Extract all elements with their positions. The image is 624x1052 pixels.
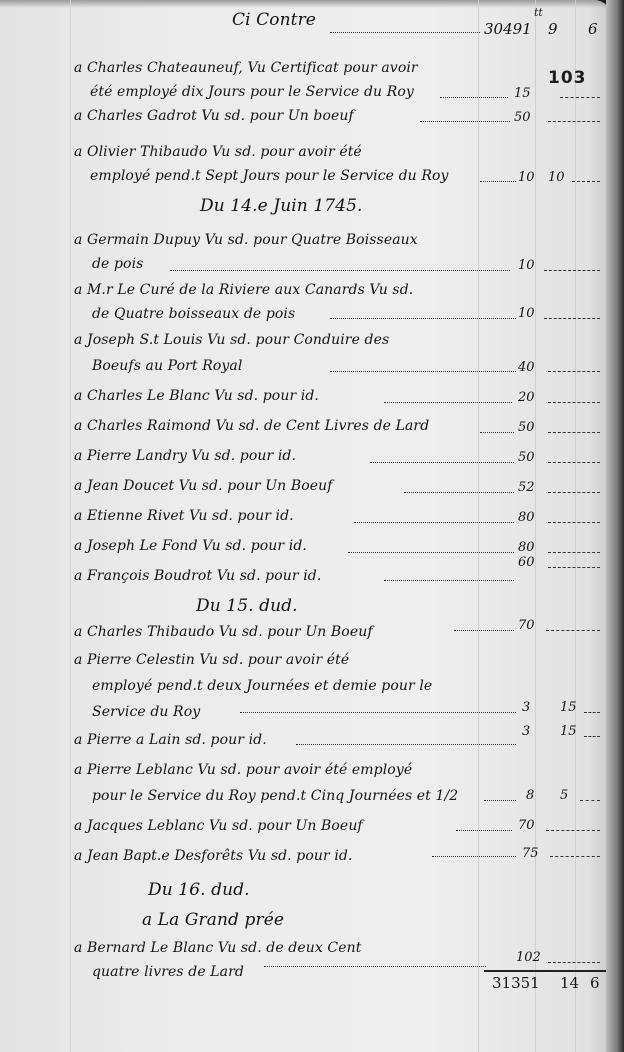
amount-dash <box>560 97 600 98</box>
sols-column-rule <box>535 0 536 1052</box>
dotted-leader <box>354 522 514 523</box>
amount-dash <box>544 270 600 271</box>
amount-livres: 80 <box>518 540 535 555</box>
entry-line: employé pend.t Sept Jours pour le Servic… <box>90 168 449 184</box>
amount-dash <box>548 522 600 523</box>
amount-dash <box>546 830 600 831</box>
dotted-leader <box>170 270 510 271</box>
dotted-leader <box>264 966 486 967</box>
amount-livres: 70 <box>518 818 535 833</box>
folio-stamp: 103 <box>548 68 587 88</box>
amount-livres: 60 <box>518 555 535 570</box>
dotted-leader <box>348 552 514 553</box>
entry-line: a Jean Bapt.e Desforêts Vu sd. pour id. <box>74 848 353 864</box>
amount-dash <box>548 567 600 568</box>
amount-dash <box>580 800 600 801</box>
dotted-leader <box>330 32 480 33</box>
amount-sols: 15 <box>560 700 577 715</box>
amount-sols: 5 <box>560 788 568 803</box>
date-heading: Du 15. dud. <box>196 596 298 616</box>
total-rule <box>484 970 606 972</box>
amount-dash <box>548 371 600 372</box>
dotted-leader <box>440 97 508 98</box>
location-heading: a La Grand prée <box>142 910 284 930</box>
amount-livres: 70 <box>518 618 535 633</box>
dotted-leader <box>432 856 516 857</box>
total-livres: 31351 <box>492 974 540 992</box>
entry-line: a Charles Raimond Vu sd. de Cent Livres … <box>74 418 429 434</box>
page-top-shadow <box>0 0 612 8</box>
amount-dash <box>550 856 600 857</box>
entry-line: a Olivier Thibaudo Vu sd. pour avoir été <box>74 144 362 160</box>
amount-dash <box>584 712 600 713</box>
amount-livres: 10 <box>518 170 535 185</box>
entry-line: a Pierre Leblanc Vu sd. pour avoir été e… <box>74 762 412 778</box>
entry-line: de pois <box>92 256 143 272</box>
date-heading: Du 16. dud. <box>148 880 250 900</box>
dotted-leader <box>404 492 514 493</box>
amount-livres: 3 <box>522 724 530 739</box>
total-sols: 14 <box>560 974 579 992</box>
amount-dash <box>548 552 600 553</box>
amount-livres: 80 <box>518 510 535 525</box>
amount-livres: 50 <box>518 420 535 435</box>
entry-line: a Germain Dupuy Vu sd. pour Quatre Boiss… <box>74 232 418 248</box>
livres-mark: tt <box>534 6 543 19</box>
amount-dash <box>548 432 600 433</box>
amount-dash <box>572 181 600 182</box>
amount-livres: 15 <box>514 86 531 101</box>
carried-forward-deniers: 6 <box>588 20 598 38</box>
amount-dash <box>584 736 600 737</box>
amount-livres: 75 <box>522 846 539 861</box>
dotted-leader <box>330 371 516 372</box>
entry-line: a François Boudrot Vu sd. pour id. <box>74 568 321 584</box>
entry-line: a M.r Le Curé de la Riviere aux Canards … <box>74 282 413 298</box>
entry-line: été employé dix Jours pour le Service du… <box>90 84 414 100</box>
dotted-leader <box>296 744 516 745</box>
entry-line: employé pend.t deux Journées et demie po… <box>92 678 432 694</box>
amount-sols: 15 <box>560 724 577 739</box>
amount-livres: 10 <box>518 306 535 321</box>
amount-sols: 10 <box>548 170 565 185</box>
entry-line: a Charles Thibaudo Vu sd. pour Un Boeuf <box>74 624 373 640</box>
amount-dash <box>548 462 600 463</box>
dotted-leader <box>480 181 516 182</box>
carried-forward-sols: 9 <box>548 20 558 38</box>
amount-livres: 3 <box>522 700 530 715</box>
entry-line: a Joseph S.t Louis Vu sd. pour Conduire … <box>74 332 389 348</box>
dotted-leader <box>384 580 514 581</box>
dotted-leader <box>456 830 512 831</box>
dotted-leader <box>330 318 516 319</box>
amount-livres: 8 <box>526 788 534 803</box>
entry-line: Service du Roy <box>92 704 200 720</box>
total-deniers: 6 <box>590 974 600 992</box>
amount-livres: 20 <box>518 390 535 405</box>
margin-rule <box>70 0 71 1052</box>
entry-line: a Charles Le Blanc Vu sd. pour id. <box>74 388 319 404</box>
amount-livres: 40 <box>518 360 535 375</box>
amount-dash <box>548 492 600 493</box>
entry-line: a Etienne Rivet Vu sd. pour id. <box>74 508 294 524</box>
dotted-leader <box>240 712 516 713</box>
page-title: Ci Contre <box>232 10 316 30</box>
entry-line: a Pierre Celestin Vu sd. pour avoir été <box>74 652 349 668</box>
carried-forward-livres: 30491 <box>484 20 532 38</box>
entry-line: de Quatre boisseaux de pois <box>92 306 295 322</box>
entry-line: a Charles Gadrot Vu sd. pour Un boeuf <box>74 108 354 124</box>
dotted-leader <box>484 800 516 801</box>
entry-line: a Joseph Le Fond Vu sd. pour id. <box>74 538 307 554</box>
amount-livres: 52 <box>518 480 535 495</box>
amount-dash <box>544 318 600 319</box>
dotted-leader <box>384 402 512 403</box>
date-heading: Du 14.e Juin 1745. <box>200 196 363 216</box>
entry-line: a Pierre Landry Vu sd. pour id. <box>74 448 296 464</box>
entry-line: a Bernard Le Blanc Vu sd. de deux Cent <box>74 940 361 956</box>
entry-line: quatre livres de Lard <box>92 964 244 980</box>
amount-dash <box>546 630 600 631</box>
dotted-leader <box>420 121 510 122</box>
entry-line: a Charles Chateauneuf, Vu Certificat pou… <box>74 60 418 76</box>
amount-dash <box>548 121 600 122</box>
entry-line: a Jean Doucet Vu sd. pour Un Boeuf <box>74 478 333 494</box>
page-binding-edge <box>606 0 624 1052</box>
entry-line: a Pierre a Lain sd. pour id. <box>74 732 267 748</box>
entry-line: a Jacques Leblanc Vu sd. pour Un Boeuf <box>74 818 363 834</box>
dotted-leader <box>480 432 514 433</box>
deniers-column-rule <box>575 0 576 1052</box>
dotted-leader <box>454 630 514 631</box>
amount-dash <box>548 962 600 963</box>
ledger-page: Ci Contre tt 30491 9 6 103 a Charles Cha… <box>0 0 612 1052</box>
amount-dash <box>548 402 600 403</box>
dotted-leader <box>370 462 514 463</box>
amount-livres: 102 <box>516 950 541 965</box>
amount-livres: 50 <box>514 110 531 125</box>
amount-livres: 50 <box>518 450 535 465</box>
entry-line: pour le Service du Roy pend.t Cinq Journ… <box>92 788 458 804</box>
entry-line: Boeufs au Port Royal <box>92 358 242 374</box>
amount-livres: 10 <box>518 258 535 273</box>
livres-column-rule <box>478 0 479 1052</box>
